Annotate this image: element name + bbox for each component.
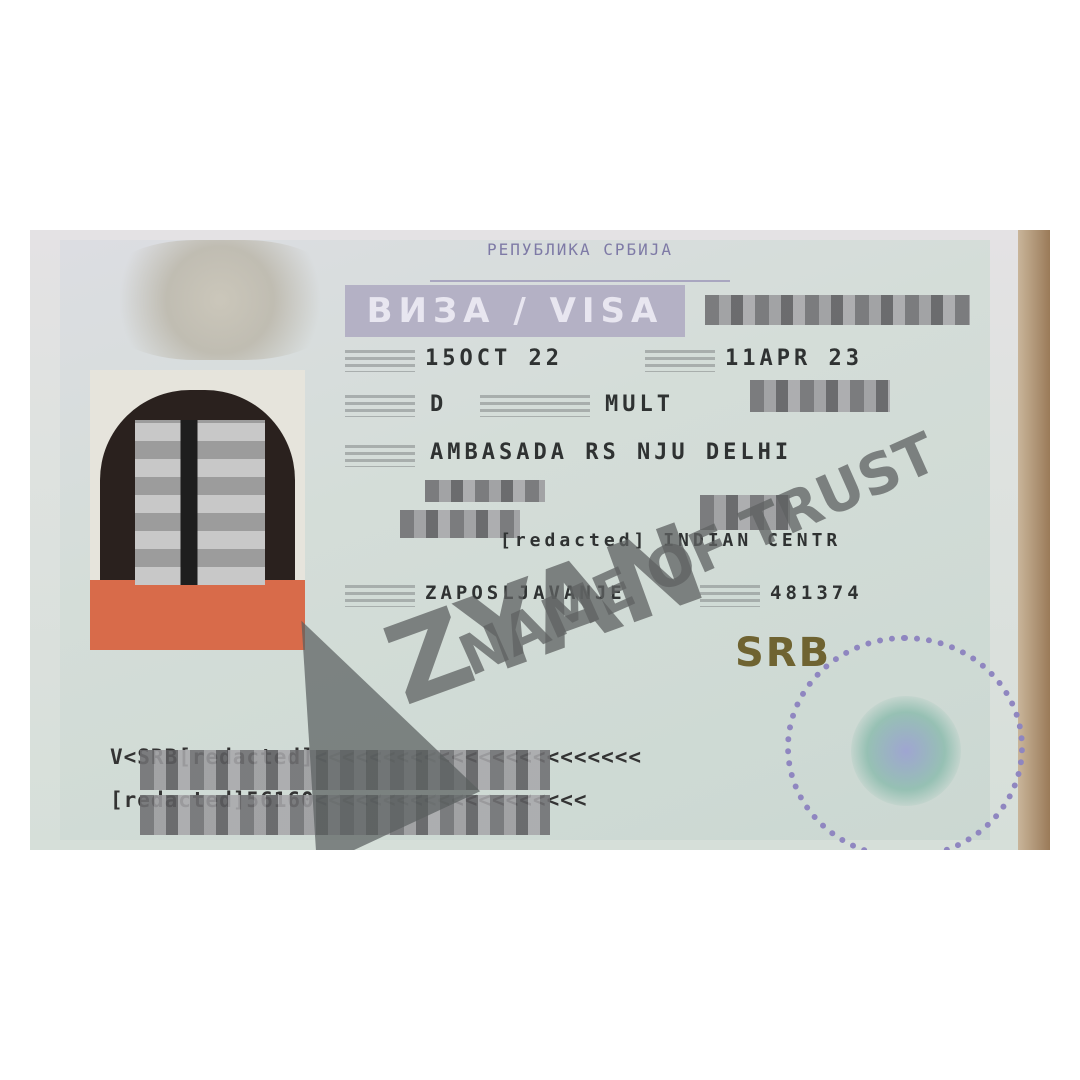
valid-until: 11APR 23 [725,346,863,371]
issued-in: AMBASADA RS NJU DELHI [430,440,792,465]
stamp-coat-of-arms-icon [851,696,961,806]
visa-type: D [430,392,447,417]
consular-stamp [785,635,1025,850]
holder-portrait [90,370,305,650]
crest-guilloche [100,240,340,360]
valid-from: 15OCT 22 [425,346,563,371]
entries: MULT [605,392,674,417]
field-label [480,395,590,417]
emblem-header: РЕПУБЛИКА СРБИЈА [430,240,730,282]
visa-banner: ВИЗА / VISA [345,285,685,337]
visa-sticker: РЕПУБЛИКА СРБИЈА ВИЗА / VISA 15OCT 22 11… [60,240,990,840]
country-code: SRB [735,630,831,676]
number-suffix: 481374 [770,582,863,604]
redacted-holder-name [425,480,545,502]
pixelated-face [135,420,265,585]
field-label [345,395,415,417]
redacted-duration [750,380,890,412]
field-label [645,350,715,372]
field-label [345,350,415,372]
visa-photo: РЕПУБЛИКА СРБИЈА ВИЗА / VISA 15OCT 22 11… [30,230,1050,850]
field-label [345,445,415,467]
redacted-document-number [705,295,970,325]
